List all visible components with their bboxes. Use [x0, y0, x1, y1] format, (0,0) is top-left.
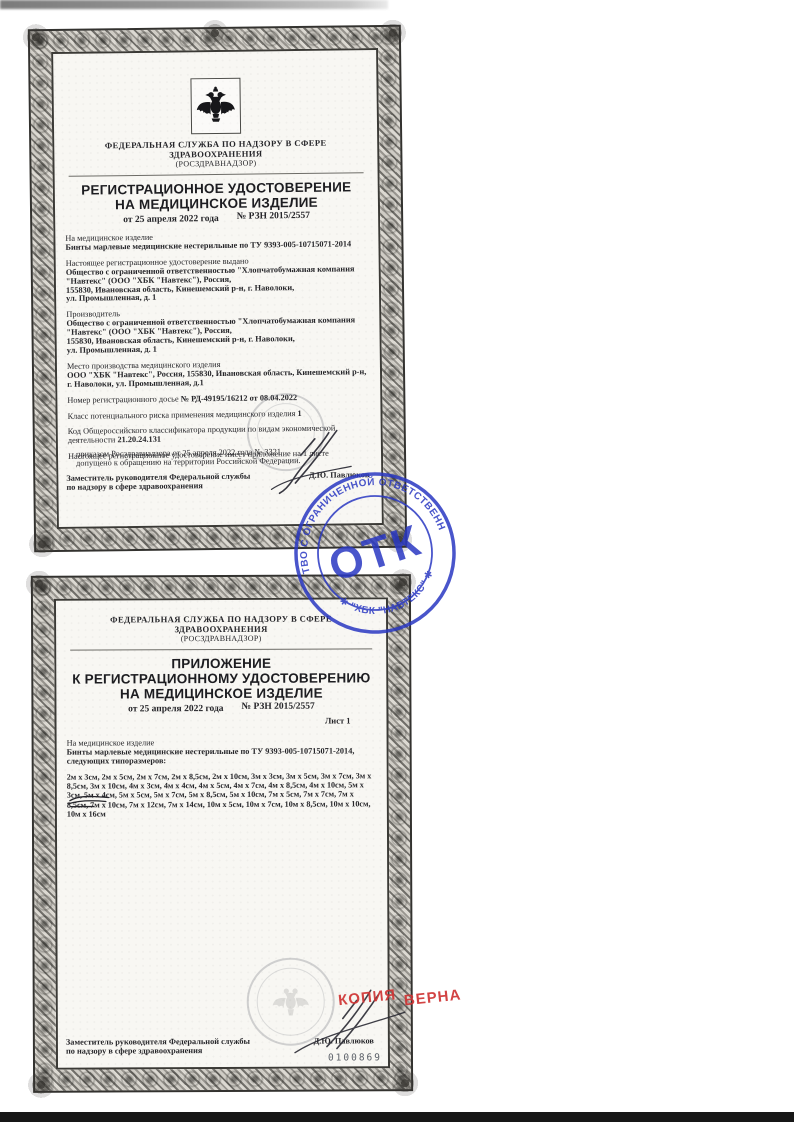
border-ornament-bottom [35, 1068, 411, 1091]
double-headed-eagle-icon [194, 82, 237, 131]
production-site-paragraph: Место производства медицинского изделия … [67, 359, 370, 389]
certificate-number: № РЗН 2015/2557 [237, 211, 310, 222]
attachment-title-line-1: ПРИЛОЖЕНИЕ [66, 655, 376, 671]
sizes-paragraph: 2м х 3см, 2м х 5см, 2м х 7см, 2м х 8,5см… [67, 771, 377, 818]
corner-flourish [377, 17, 409, 49]
date-number-row: от 25 апреля 2022 года № РЗН 2015/2557 [65, 212, 368, 226]
issued-to-paragraph: Настоящее регистрационное удостоверение … [66, 256, 370, 304]
paragraph-label: Номер регистрационного досье [67, 394, 178, 404]
risk-class-paragraph: Класс потенциального риска применения ме… [68, 409, 371, 422]
attachment-page-2: ФЕДЕРАЛЬНАЯ СЛУЖБА ПО НАДЗОРУ В СФЕРЕ ЗД… [33, 576, 411, 1091]
copy-word-2: ВЕРНА [403, 986, 462, 1009]
certificate-number: № РЗН 2015/2557 [242, 702, 315, 712]
attachment-title-line-3: НА МЕДИЦИНСКОЕ ИЗДЕЛИЕ [66, 685, 376, 701]
corner-flourish [198, 17, 230, 49]
border-ornament-left [33, 578, 56, 1091]
signer-title: Заместитель руководителя Федеральной слу… [66, 472, 250, 492]
state-eagle-emblem [190, 78, 241, 135]
paragraph-label: На медицинское изделие [67, 738, 155, 747]
manufacturer-paragraph: Производитель Общество с ограниченной от… [66, 307, 370, 355]
sheet-number: Лист 1 [66, 715, 350, 726]
attachment-body: На медицинское изделие Бинты марлевые ме… [67, 737, 377, 818]
corner-flourish [26, 528, 58, 560]
otk-center-text: ОТК [323, 516, 428, 592]
corner-flourish [20, 21, 52, 53]
corner-flourish [23, 568, 55, 600]
header-divider [69, 172, 364, 177]
date-number-row: от 25 апреля 2022 года № РЗН 2015/2557 [66, 703, 376, 714]
product-paragraph: На медицинское изделие Бинты марлевые ме… [65, 231, 368, 253]
certificate-page-1: ФЕДЕРАЛЬНАЯ СЛУЖБА ПО НАДЗОРУ В СФЕРЕ ЗД… [30, 27, 405, 550]
corner-flourish [25, 1069, 57, 1101]
issue-date: от 25 апреля 2022 года [123, 214, 219, 225]
pen-mark [66, 792, 112, 810]
scanner-black-bar-bottom [0, 1112, 794, 1122]
product-paragraph: На медицинское изделие Бинты марлевые ме… [67, 737, 377, 765]
border-ornament-top [30, 27, 399, 53]
scanned-document-sheet: { "artifacts":{"top_edge":"scanner-smudg… [0, 0, 794, 1122]
issue-date: от 25 апреля 2022 года [128, 704, 224, 714]
scanner-smudge-top [0, 0, 388, 9]
attachment-title-line-2: К РЕГИСТРАЦИОННОМУ УДОСТОВЕРЕНИЮ [66, 670, 376, 686]
corner-flourish [389, 1067, 421, 1099]
certificate-content: ФЕДЕРАЛЬНАЯ СЛУЖБА ПО НАДЗОРУ В СФЕРЕ ЗД… [51, 76, 383, 462]
dossier-number-paragraph: Номер регистрационного досье № РД-49195/… [67, 393, 370, 406]
signer-title: Заместитель руководителя Федеральной слу… [66, 1037, 250, 1056]
paragraph-value: 21.20.24.131 [115, 435, 161, 445]
